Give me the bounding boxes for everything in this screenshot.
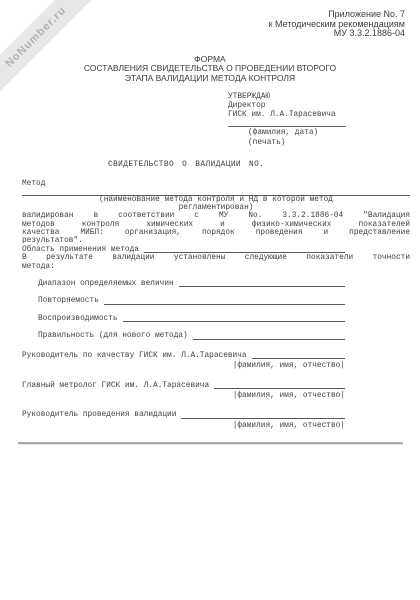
- approval-signature-blank: [228, 126, 346, 127]
- signature-validation-head-caption: |фамилия, имя, отчество|: [22, 422, 345, 430]
- document-title-line-3: ЭТАПА ВАЛИДАЦИИ МЕТОДА КОНТРОЛЯ: [0, 74, 420, 84]
- indicator-range-label: Диапазон определяемых величин: [22, 280, 174, 288]
- indicator-repeatability-label: Повторяемость: [22, 297, 99, 305]
- signature-quality-head-caption: |фамилия, имя, отчество|: [22, 362, 345, 370]
- signature-validation-head-blank-field: [181, 418, 345, 419]
- signature-chief-metrologist-caption: |фамилия, имя, отчество|: [22, 392, 345, 400]
- document-page: NoNumber.ru Приложение No. 7 к Методичес…: [0, 0, 420, 600]
- indicator-range-blank-field: [179, 286, 345, 287]
- scope-label: Область применения метода: [22, 246, 139, 254]
- approval-block: УТВЕРЖДАЮ Директор ГИСК им. Л.А.Тарасеви…: [228, 93, 410, 147]
- signature-quality-head-blank-field: [252, 358, 345, 359]
- indicator-trueness-blank-field: [193, 339, 345, 340]
- paragraph-line-3: качества МИБП: организация, порядок пров…: [22, 229, 410, 237]
- accuracy-indicators: Диапазон определяемых величин Повторяемо…: [22, 280, 345, 341]
- paragraph-line-1: валидирован в соответствии с МУ No. 3.3.…: [22, 212, 410, 220]
- signature-chief-metrologist-label: Главный метролог ГИСК им. Л.А.Тарасевича: [22, 382, 209, 390]
- indicator-row-range: Диапазон определяемых величин: [22, 280, 345, 288]
- approval-position: Директор: [228, 102, 410, 111]
- indicator-row-reproducibility: Воспроизводимость: [22, 315, 345, 323]
- scope-row: Область применения метода: [22, 246, 345, 254]
- scope-blank-field: [144, 252, 345, 253]
- indicator-row-trueness: Правильность (для нового метода): [22, 332, 345, 340]
- signature-chief-metrologist-blank-field: [214, 388, 345, 389]
- signature-validation-head-label: Руководитель проведения валидации: [22, 411, 176, 419]
- indicator-reproducibility-blank-field: [123, 321, 345, 322]
- approval-caption-name-date: (фамилия, дата): [228, 129, 410, 137]
- indicator-reproducibility-label: Воспроизводимость: [22, 315, 118, 323]
- signature-quality-head-label: Руководитель по качеству ГИСК им. Л.А.Та…: [22, 352, 247, 360]
- signature-row-quality-head: Руководитель по качеству ГИСК им. Л.А.Та…: [22, 352, 345, 360]
- method-caption: (наименование метода контроля и НД в кот…: [22, 196, 410, 212]
- signatures-block: Руководитель по качеству ГИСК им. Л.А.Та…: [22, 352, 345, 430]
- approval-approve-label: УТВЕРЖДАЮ: [228, 93, 410, 102]
- result-intro-line-1: В результате валидации установлены следу…: [22, 254, 410, 262]
- paragraph-line-2: методов контроля химических и физико-хим…: [22, 221, 410, 229]
- approval-caption-stamp: (печать): [228, 139, 410, 147]
- method-label: Метод: [22, 180, 410, 188]
- approval-institute: ГИСК им. Л.А.Тарасевича: [228, 111, 410, 120]
- indicator-row-repeatability: Повторяемость: [22, 297, 345, 305]
- result-intro-line-2: метода:: [22, 263, 410, 271]
- paragraph-line-4: результатов".: [22, 237, 410, 245]
- validation-paragraph: валидирован в соответствии с МУ No. 3.3.…: [22, 212, 410, 246]
- signature-row-validation-head: Руководитель проведения валидации: [22, 411, 345, 419]
- form-body: УТВЕРЖДАЮ Директор ГИСК им. Л.А.Тарасеви…: [22, 93, 410, 445]
- document-title: ФОРМА СОСТАВЛЕНИЯ СВИДЕТЕЛЬСТВА О ПРОВЕД…: [0, 55, 420, 84]
- signature-row-chief-metrologist: Главный метролог ГИСК им. Л.А.Тарасевича: [22, 382, 345, 390]
- indicator-trueness-label: Правильность (для нового метода): [22, 332, 188, 340]
- method-caption-line-2: регламентирован): [22, 204, 410, 212]
- bottom-divider: [18, 442, 403, 445]
- method-caption-line-1: (наименование метода контроля и НД в кот…: [22, 196, 410, 204]
- certificate-title: СВИДЕТЕЛЬСТВО О ВАЛИДАЦИИ NO.: [108, 161, 410, 169]
- indicator-repeatability-blank-field: [104, 304, 345, 305]
